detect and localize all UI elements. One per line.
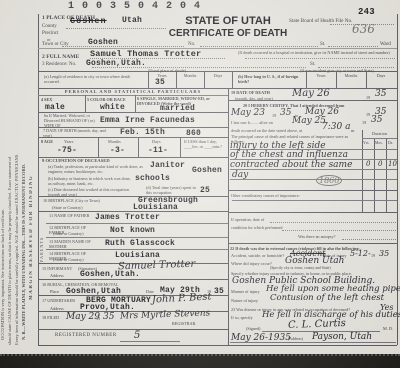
certify-from-date: May 23 [231, 108, 265, 118]
cell-divider [336, 71, 337, 88]
age-years-label: Years [64, 139, 73, 144]
date-of-birth-label: 7 DATE OF BIRTH (month, day, and year) [43, 128, 115, 138]
years-label: Years [308, 73, 334, 78]
date-of-death-note: (month, day, and year) [235, 96, 273, 101]
fill-line [120, 341, 180, 342]
divider-line [362, 149, 397, 150]
duration-yrs-label: Yrs. [363, 141, 369, 146]
occupation-label: 9 OCCUPATION OF DECEASED [42, 158, 110, 164]
pencil-note-circle: 1860 [316, 175, 342, 186]
fill-line [328, 46, 378, 47]
occupation-b-label: (b) Industry or business in which work w… [48, 176, 132, 186]
form-subtitle: CERTIFICATE OF DEATH [150, 28, 306, 39]
town-or-city-label: Town or City [42, 42, 69, 48]
duration-years-value: 0 [366, 160, 370, 168]
cell-divider [138, 137, 139, 157]
divider-line [362, 200, 397, 201]
scan-edge-bar [0, 354, 400, 368]
ward-label: Ward [380, 42, 391, 48]
operation-label: If operation, date of [231, 217, 264, 222]
county-label: County [42, 24, 57, 30]
occupation-c-label: (c) Date deceased last worked at this oc… [48, 187, 134, 197]
father-birthplace-note: (State or Country) [53, 231, 83, 236]
birth-year-value: 860 [186, 129, 201, 138]
death-certificate-scan: MARGIN RESERVED FOR BINDING N. B.—WRITE … [0, 0, 400, 368]
marital-status-value: married [160, 104, 195, 113]
registered-number-label: REGISTERED NUMBER [55, 333, 117, 339]
filed-date: May 29 [66, 312, 100, 322]
duration-label: Duration [363, 131, 396, 136]
cell-divider [204, 71, 205, 88]
age-days-label: Days [152, 139, 161, 144]
margin-nb-line2: Every item of information should be care… [14, 35, 19, 345]
occupation-a-value2: Goshen [192, 166, 222, 175]
certify-from-year-prefix: 19 [272, 113, 276, 118]
length-residence-label: (a) Length of residence in city or town … [44, 74, 144, 84]
months-label: Months [338, 73, 364, 78]
birthplace-note: (State or Country) [52, 205, 82, 210]
date-of-birth-value: Feb. 15th [120, 128, 165, 137]
divider-line [362, 138, 397, 139]
form-bottom-border [38, 345, 397, 346]
full-name-label: 2 FULL NAME [42, 54, 79, 61]
fill-line [282, 230, 396, 231]
cause-of-death-line3: contracted about the same [230, 160, 352, 170]
town-value: Goshen [88, 38, 118, 47]
nature-of-injury-label: Nature of injury [231, 298, 258, 303]
duration-months-value: 0 [378, 160, 382, 168]
column-divider [228, 88, 229, 345]
occupation-a-value1: Janitor [150, 161, 185, 170]
burial-date-label: Date [146, 289, 154, 294]
form-right-border [397, 14, 398, 345]
physician-address-label: (Address) [288, 337, 303, 342]
divider-line [362, 169, 397, 170]
filed-year-prefix: 19 [96, 316, 100, 321]
cell-divider [180, 137, 181, 157]
death-occurred-label: death occurred on the date stated above,… [231, 128, 302, 133]
registrar-label: REGISTRAR. [172, 321, 196, 326]
where-injury-value: Goshen Utah [285, 256, 344, 266]
informant-address-label: Address [50, 273, 64, 278]
margin-binding-note: MARGIN RESERVED FOR BINDING [29, 70, 34, 300]
divider-line [38, 329, 228, 330]
death-time-value: 7:30 a [322, 122, 350, 132]
last-saw-label: I last saw h........ alive on [231, 120, 273, 125]
duration-mos-label: Mos. [375, 141, 383, 146]
mother-birthplace-note: (State or Country) [53, 257, 83, 262]
occupation-d-value: 25 [200, 186, 210, 195]
date-of-death-value: May 26 [292, 88, 330, 99]
divider-line [228, 190, 397, 191]
divider-line [46, 223, 228, 224]
fill-line [270, 222, 396, 223]
residence-value: Goshen,Utah. [86, 59, 146, 68]
color-race-value: white [100, 103, 125, 112]
undertaker-label: 17 UNDERTAKER [42, 298, 75, 303]
where-injury-label: Where did injury occur? [231, 261, 272, 266]
personal-section-title: PERSONAL AND STATISTICAL PARTICULARS [38, 89, 228, 95]
divider-line [46, 237, 228, 238]
cell-divider [135, 95, 136, 112]
fill-line [62, 46, 184, 47]
age-months-label: Months [108, 139, 121, 144]
filed-year: 35 [103, 312, 114, 322]
if-so-specify-label: If so, specify [231, 315, 253, 320]
father-name-value: James Trotter [95, 213, 160, 222]
autopsy-label: Was there an autopsy? [298, 234, 335, 239]
md-label: M. D. [383, 326, 393, 331]
father-birthplace-value: Not known [110, 226, 155, 235]
registered-number-value: 5 [134, 330, 140, 341]
last-saw-year: 35 [371, 115, 382, 125]
dod-year-prefix: 19 [366, 95, 370, 100]
birthplace-state-value: Louisiana [133, 203, 178, 212]
divider-line [228, 212, 397, 213]
cause-of-death-line2: of the chest and influenza [230, 150, 348, 160]
script-rule [232, 200, 362, 201]
contributory-causes-label: Other contributory causes of importance: [231, 193, 300, 198]
margin-nb-line1: N. B.—WRITE PLAINLY, WITH UNFADING INK—T… [21, 40, 26, 340]
days-label: Days [206, 73, 230, 78]
birthplace-label: 10 BIRTHPLACE (City or Town) [43, 198, 100, 203]
injury-year-value: 35 [379, 249, 389, 258]
age-label: 8 AGE [41, 139, 53, 144]
age-years-value: -75- [57, 146, 77, 155]
physician-signature: C. L. Curtis [288, 318, 346, 331]
margin-nb-line3: should state CAUSE OF DEATH in plain ter… [7, 35, 12, 345]
where-injury-note: (Specify city or town, county and State) [270, 266, 331, 271]
informant-label: 15 INFORMANT [42, 266, 72, 271]
occupation-a-label: (a) Trade, profession, or particular kin… [48, 164, 146, 174]
physician-sign-date: May 26-1935 [231, 333, 291, 343]
cell-divider [306, 71, 307, 88]
cell-divider [148, 71, 149, 88]
date-of-death-label: 19 DATE OF DEATH [231, 90, 270, 95]
injury-date-value: 5-12- [350, 249, 371, 258]
occupation-d-label: (d) Total time (years) spent in this occ… [146, 185, 198, 195]
cell-divider [85, 95, 86, 112]
parents-section-label: PARENTS [39, 214, 44, 262]
death-time-m-label: m. [351, 128, 355, 133]
hospital-note: (If death occurred in a hospital or inst… [238, 50, 396, 55]
file-no-handwritten: 636 [352, 22, 375, 36]
county-state-value: Utah [122, 16, 142, 25]
duration-ds-label: Ds. [388, 141, 393, 146]
divider-line [46, 249, 228, 250]
burial-place-value: Goshen,Utah [66, 287, 121, 296]
divider-line [228, 243, 397, 244]
father-name-label: 11 NAME OF FATHER [49, 213, 93, 218]
margin-nb-line4: OCCUPATION is very important. See instru… [0, 60, 5, 340]
sex-value: male [45, 103, 65, 112]
condition-label: condition for which performed [231, 225, 283, 230]
age-months-value: -3- [110, 146, 125, 155]
informant-address-value: Goshen,Utah. [80, 270, 140, 279]
mother-name-label: 13 MAIDEN NAME OF MOTHER [49, 239, 101, 249]
certify-to-year-prefix: 19 [366, 112, 370, 117]
dod-year-value: 35 [375, 89, 386, 99]
accident-label: Accident, suicide, or homicide? [231, 253, 284, 258]
residence-label: 3 Residence: No. [42, 62, 76, 68]
certify-from-year: 35 [280, 108, 291, 118]
signed-label: (Signed) [246, 326, 260, 331]
spouse-label: 6a If Married, Widowed, or Divorced HUSB… [44, 113, 102, 128]
burial-year-value: 35 [214, 287, 224, 296]
color-race-label: 5 COLOR OR RACE [87, 97, 126, 102]
mother-birthplace-value: Louisiana [115, 251, 160, 260]
sex-label: 4 SEX [41, 97, 52, 102]
divider-line [38, 279, 228, 280]
last-saw-year-prefix: 19 [362, 120, 366, 125]
file-no-label: State Board of Health File No. [289, 18, 352, 24]
mother-name-value: Ruth Glasscock [105, 239, 175, 248]
how-long-us-label: (b) How long in U. S., if of foreign bir… [238, 74, 304, 84]
cell-divider [232, 71, 233, 88]
days-label: Days [368, 73, 394, 78]
age-note: If LESS than 1 day, ____hrs. or ____min.… [184, 139, 226, 149]
no-label: No. [188, 42, 195, 48]
county-stamp-value: Goshen [70, 16, 107, 26]
fill-line [200, 46, 318, 47]
spouse-value: Emma Irne Facunedas [100, 116, 195, 125]
fill-line [245, 58, 395, 59]
nature-of-injury-value: Contusion of the left chest [270, 293, 384, 303]
filed-label: 18 FILED [42, 315, 59, 320]
age-days-value: -11- [148, 146, 168, 155]
last-saw-date: May 25 [292, 116, 326, 126]
occupation-b-value: schools [135, 174, 170, 183]
months-label: Months [177, 73, 203, 78]
fill-line [342, 239, 396, 240]
injury-year-prefix: 19 [371, 253, 375, 258]
divider-line [362, 179, 397, 180]
st-label: St. [320, 42, 325, 48]
burial-place-label: Place [50, 289, 59, 294]
file-no-typed: 243 [358, 7, 375, 17]
pencil-note-1860: 1860 [316, 176, 342, 185]
physician-address-value: Payson, Utah [312, 332, 372, 342]
registration-stamp-number: 1003504204 [68, 1, 208, 12]
full-name-value: Samuel Thomas Trotter [90, 49, 201, 59]
cell-divider [98, 137, 99, 157]
form-title: STATE OF UTAH [158, 15, 298, 27]
manner-of-injury-label: Manner of injury [231, 289, 260, 294]
undertaker-address-label: Address [50, 306, 64, 311]
cause-of-death-line4: day [232, 170, 248, 180]
length-years-value: 35 [155, 78, 165, 87]
cell-divider [366, 71, 367, 88]
duration-days-value: 10 [388, 160, 397, 168]
